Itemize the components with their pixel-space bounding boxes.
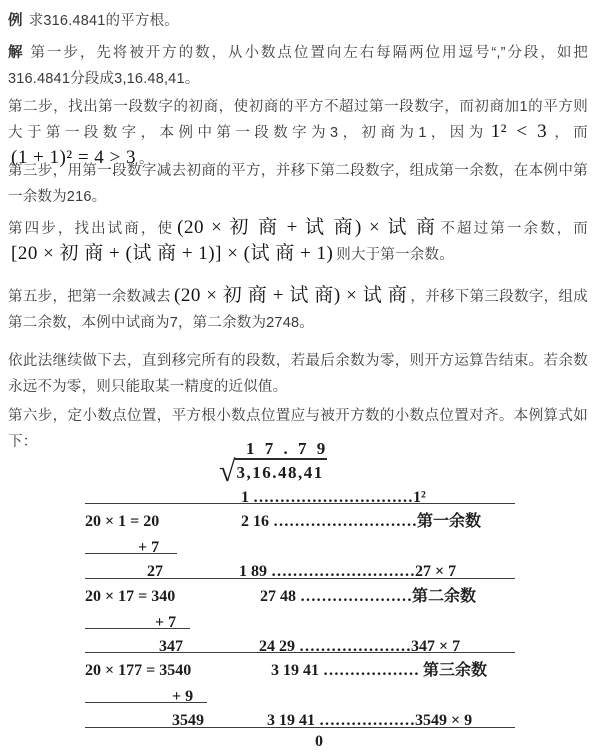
row-third-remainder: 3 19 41 ……………… 第三余数 xyxy=(271,662,487,680)
rule-line-1 xyxy=(85,503,515,504)
left-plus-9: + 9 xyxy=(172,688,193,706)
step-4-end: 则大于第一余数。 xyxy=(336,247,454,263)
left-20x17: 20 × 17 = 340 xyxy=(85,588,175,606)
step-4-text: 第四步，找出试商，使 xyxy=(8,221,174,237)
rule-line-3 xyxy=(85,578,515,579)
radicand: 3,16.48,41 xyxy=(235,458,326,485)
left-plus-7b: + 7 xyxy=(155,614,176,632)
example-label: 例 xyxy=(8,13,23,29)
rule-line-5 xyxy=(85,652,515,653)
step-4: 第四步，找出试商，使(20 × 初 商 + 试 商) × 试 商不超过第一余数，… xyxy=(8,216,588,268)
math-subtract-expression: (20 × 初 商 + 试 商) × 试 商 xyxy=(171,285,410,306)
row-initial-square: 1 …………………………1² xyxy=(241,489,426,507)
step-5-text: 第五步，把第一余数减去 xyxy=(8,289,171,305)
left-20x1: 20 × 1 = 20 xyxy=(85,513,159,531)
final-zero-remainder: 0 xyxy=(315,733,323,751)
document-page: 例求316.4841的平方根。 解第一步，先将被开方的数，从小数点位置向左右每隔… xyxy=(0,0,594,756)
left-20x177: 20 × 177 = 3540 xyxy=(85,662,191,680)
step-3-text: 第三步，用第一段数字减去初商的平方，并移下第二段数字，组成第一余数，在本例中第一… xyxy=(8,163,588,205)
step-2-mid: ，而 xyxy=(550,125,588,141)
math-initial-square: 1² < 3 xyxy=(488,121,550,142)
solution-step-1: 解第一步，先将被开方的数，从小数点位置向左右每隔两位用逗号“,”分段，如把316… xyxy=(8,40,588,92)
rule-line-2 xyxy=(85,553,177,554)
step-5: 第五步，把第一余数减去(20 × 初 商 + 试 商) × 试 商，并移下第三段… xyxy=(8,284,588,336)
radical-sign: √ xyxy=(219,458,235,485)
continuation-note: 依此法继续做下去，直到移完所有的段数，若最后余数为零，则开方运算告结束。若余数永… xyxy=(8,348,588,400)
rule-line-6 xyxy=(85,702,207,703)
solution-label: 解 xyxy=(8,45,24,61)
radical-row: √3,16.48,41 xyxy=(219,458,327,485)
step-3: 第三步，用第一段数字减去初商的平方，并移下第二段数字，组成第一余数，在本例中第一… xyxy=(8,158,588,210)
step-4-mid: 不超过第一余数，而 xyxy=(440,221,588,237)
continuation-text: 依此法继续做下去，直到移完所有的段数，若最后余数为零，则开方运算告结束。若余数永… xyxy=(8,353,588,395)
rule-line-4 xyxy=(85,628,190,629)
example-text: 求316.4841的平方根。 xyxy=(29,13,179,29)
example-heading: 例求316.4841的平方根。 xyxy=(8,8,588,34)
row-first-remainder: 2 16 ………………………第一余数 xyxy=(241,513,481,531)
left-plus-7a: + 7 xyxy=(138,539,159,557)
quotient-row: 1 7 . 7 9 xyxy=(246,439,328,459)
row-347x7: 24 29 …………………347 × 7 xyxy=(259,638,460,656)
math-trial-quotient: (20 × 初 商 + 试 商) × 试 商 xyxy=(174,217,440,238)
left-347: 347 xyxy=(159,638,183,656)
step-1-text: 第一步，先将被开方的数，从小数点位置向左右每隔两位用逗号“,”分段，如把316.… xyxy=(8,45,588,87)
long-division-worksheet: 1 7 . 7 9 √3,16.48,41 1 …………………………1² 20 … xyxy=(0,437,594,756)
rule-line-7 xyxy=(85,727,515,728)
row-second-remainder: 27 48 …………………第二余数 xyxy=(260,588,476,606)
math-trial-quotient-plus-one: [20 × 初 商 + (试 商 + 1)] × (试 商 + 1) xyxy=(8,243,336,264)
